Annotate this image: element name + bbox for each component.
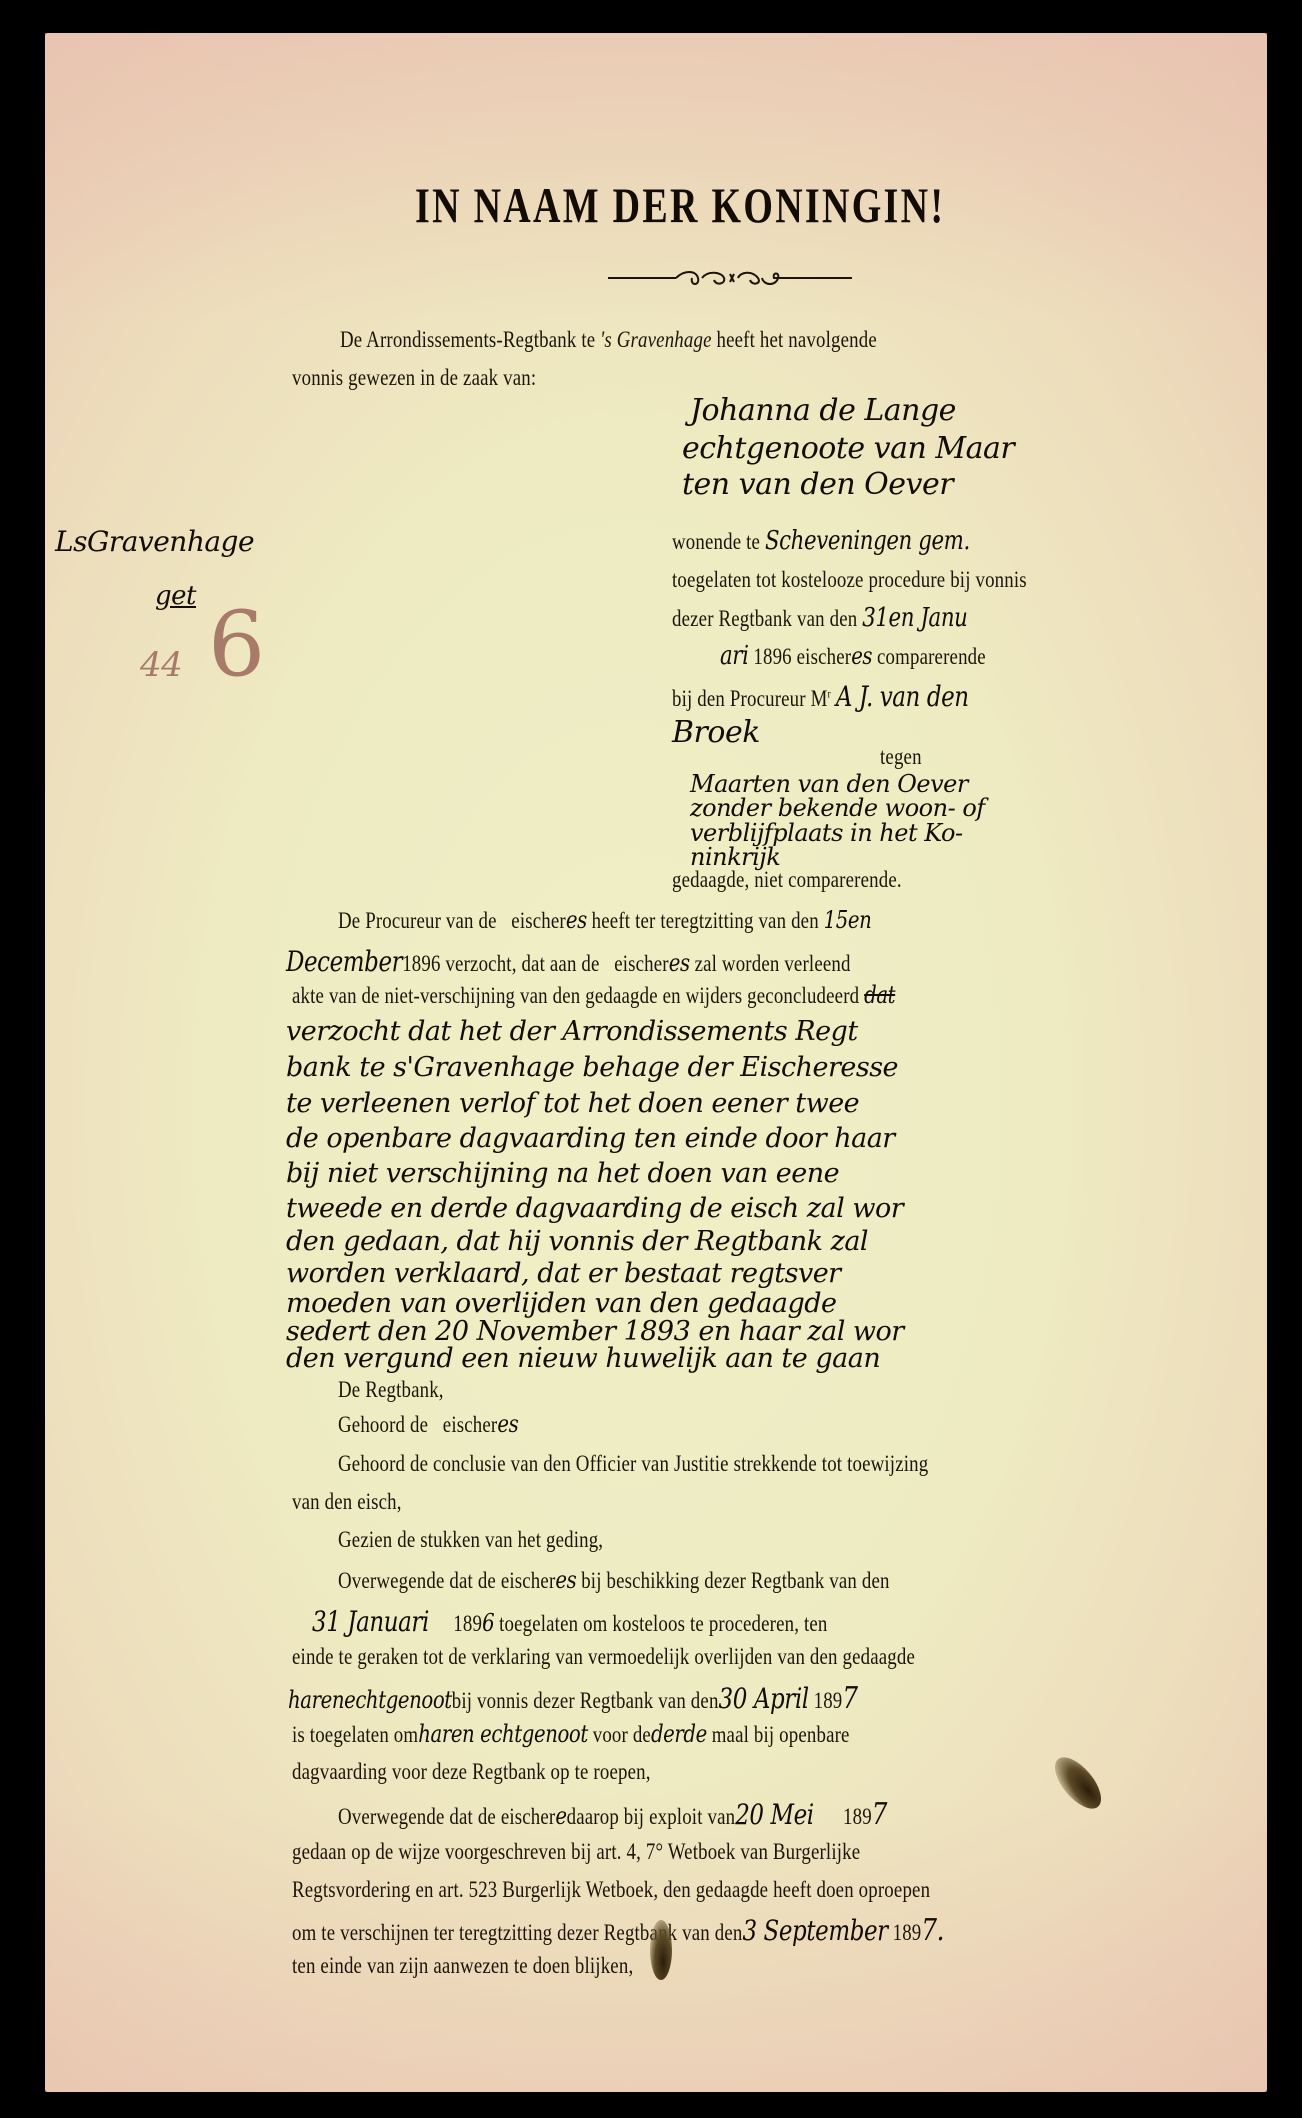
role-print: eischer — [511, 908, 566, 933]
consideration-1-line-3: einde te geraken tot de verklaring van v… — [292, 1645, 915, 1668]
role-hand: es — [497, 1410, 518, 1438]
defendant-hand: verblijfplaats in het Ko- — [690, 821, 963, 845]
court-date-hand: 31en Janu — [862, 603, 967, 633]
court-heading: De Regtbank, — [338, 1378, 444, 1401]
year-print: 189 — [843, 1804, 872, 1829]
request-month-hand: December — [286, 945, 402, 978]
request-text: verzocht, dat aan de — [445, 951, 599, 976]
request-text: De Procureur van de — [338, 908, 497, 933]
heard-conclusion-line: Gehoord de conclusie van den Officier va… — [338, 1452, 928, 1475]
residence-line: wonende te Scheveningen gem. — [672, 528, 970, 554]
date-hand: 30 April — [719, 1682, 809, 1715]
seen-line: Gezien de stukken van het geding, — [338, 1528, 603, 1551]
court-city: 's Gravenhage — [600, 327, 711, 352]
defendant-hand: zonder bekende woon- of — [690, 796, 985, 820]
heard-plaintiff-line: Gehoord de eischeres — [338, 1412, 518, 1436]
request-hand-line: tweede en derde dagvaarding de eisch zal… — [286, 1195, 903, 1222]
year-print: 189 — [814, 1688, 843, 1713]
year-hand: 6 — [482, 1609, 494, 1637]
intro-line-1: De Arrondissements-Regtbank te 's Graven… — [340, 328, 877, 351]
intro-text: De Arrondissements-Regtbank te — [340, 327, 595, 352]
consideration-1-line-1: Overwegende dat de eischeres bij beschik… — [338, 1568, 890, 1592]
spouse-hand: harenechtgenoot — [288, 1686, 452, 1714]
judgment-text: bij vonnis dezer Regtbank van den — [452, 1688, 719, 1713]
appearing-status: comparerende — [877, 644, 986, 669]
ordinal-hand: derde — [651, 1720, 707, 1748]
court-year-line: ari 1896 eischeres comparerende — [720, 643, 986, 669]
request-hand-line: moeden van overlijden van den gedaagde — [286, 1290, 837, 1317]
judgment-text: toegelaten om kosteloos te procederen, t… — [499, 1611, 827, 1636]
date-hand: 20 Mei — [735, 1798, 814, 1831]
request-hand-line: te verleenen verlof tot het doen eener t… — [286, 1090, 859, 1117]
consideration-1-line-5: is toegelaten omharen echtgenoot voor de… — [292, 1722, 850, 1746]
date-hand: 3 September — [742, 1914, 887, 1947]
request-hand-line: den vergund een nieuw huwelijk aan te ga… — [286, 1345, 880, 1372]
request-hand-line: bij niet verschijning na het doen van ee… — [286, 1160, 839, 1187]
procureur-label: bij den Procureur M — [672, 686, 828, 711]
request-year: 1896 — [402, 951, 440, 976]
against-label: tegen — [880, 745, 922, 768]
residence-label: wonende te — [672, 529, 760, 554]
intro-line-2: vonnis gewezen in de zaak van: — [292, 366, 536, 389]
judgment-text: bij beschikking dezer Regtbank van den — [581, 1568, 889, 1593]
judgment-text: is toegelaten om — [292, 1722, 418, 1747]
request-date-hand: 15en — [824, 906, 872, 934]
margin-note-get: get — [155, 583, 196, 609]
role-print: eischer — [501, 1568, 556, 1593]
consideration-1-line-4: harenechtgenootbij vonnis dezer Regtbank… — [288, 1684, 858, 1714]
court-year: 1896 — [753, 644, 791, 669]
defendant-hand: Maarten van den Oever — [690, 772, 968, 796]
request-hand-line: den gedaan, dat hij vonnis der Regtbank … — [286, 1228, 868, 1255]
judgment-text: daarop bij exploit van — [567, 1804, 736, 1829]
role-print: eischer — [443, 1412, 498, 1437]
consideration-1-line-2: 31 Januari 1896 toegelaten om kosteloos … — [312, 1608, 828, 1636]
role-hand: es — [566, 906, 587, 934]
procureur-line: bij den Procureur Mr A J. van den — [672, 683, 969, 711]
intro-text: heeft het navolgende — [716, 327, 876, 352]
consideration-2-line-3: Regtsvordering en art. 523 Burgerlijk We… — [292, 1878, 930, 1901]
margin-note-number: 44 — [140, 648, 182, 682]
ornament-flourish-icon — [606, 268, 854, 288]
defendant-hand: ninkrijk — [690, 845, 780, 869]
role-hand: es — [851, 642, 872, 670]
year-print: 189 — [893, 1920, 922, 1945]
ink-blot — [650, 1920, 672, 1980]
request-hand-line: worden verklaard, dat er bestaat regtsve… — [286, 1260, 841, 1287]
request-text: akte van de niet-verschijning van den ge… — [292, 983, 859, 1008]
request-hand-line: bank te s'Gravenhage behage der Eischere… — [286, 1054, 898, 1081]
request-text: heeft ter teregtzitting van den — [592, 908, 819, 933]
judgment-text: maal bij openbare — [712, 1722, 850, 1747]
margin-note-number: 6 — [208, 600, 265, 690]
procureur-sup: r — [828, 686, 831, 700]
request-text: zal worden verleend — [695, 951, 851, 976]
plaintiff-name-hand: echtgenoote van Maar — [682, 434, 1014, 464]
consideration-2-line-4: om te verschijnen ter teregtzitting deze… — [292, 1916, 944, 1946]
request-hand-line: sedert den 20 November 1893 en haar zal … — [286, 1318, 904, 1345]
date-hand: 31 Januari — [312, 1605, 429, 1638]
consideration-2-line-2: gedaan op de wijze voorgeschreven bij ar… — [292, 1840, 860, 1863]
request-line-2: December1896 verzocht, dat aan de eische… — [286, 948, 851, 976]
residence-hand: Scheveningen gem. — [765, 526, 970, 556]
request-hand-line: verzocht dat het der Arrondissements Reg… — [286, 1018, 858, 1045]
plaintiff-name-hand: Johanna de Lange — [690, 396, 956, 426]
heard-conclusion-line-2: van den eisch, — [292, 1490, 402, 1513]
court-date-label: dezer Regtbank van den — [672, 606, 857, 631]
year-print: 189 — [453, 1611, 482, 1636]
year-hand: 7 — [872, 1797, 887, 1832]
plaintiff-name-hand: ten van den Oever — [682, 470, 953, 500]
procureur-hand-2: Broek — [672, 718, 760, 748]
consideration-2-line-5: ten einde van zijn aanwezen te doen blij… — [292, 1954, 633, 1977]
role-hand: es — [669, 949, 690, 977]
spouse-hand: haren echtgenoot — [418, 1720, 588, 1748]
role-hand: e — [555, 1802, 566, 1830]
consideration-1-line-6: dagvaarding voor deze Regtbank op te roe… — [292, 1760, 651, 1783]
judgment-text: voor de — [593, 1722, 651, 1747]
request-line-1: De Procureur van de eischeres heeft ter … — [338, 908, 871, 932]
request-hand-line: de openbare dagvaarding ten einde door h… — [286, 1125, 895, 1152]
court-date-hand: ari — [720, 641, 748, 671]
request-line-3: akte van de niet-verschijning van den ge… — [292, 983, 895, 1007]
struck-word: dat — [864, 981, 895, 1009]
judgment-text: Overwegende dat de eischer — [338, 1804, 555, 1829]
consideration-2-line-1: Overwegende dat de eischeredaarop bij ex… — [338, 1800, 887, 1830]
defendant-status: gedaagde, niet comparerende. — [672, 868, 902, 891]
court-date-line: dezer Regtbank van den 31en Janu — [672, 605, 967, 631]
role-hand: es — [555, 1566, 576, 1594]
admitted-line: toegelaten tot kostelooze procedure bij … — [672, 568, 1027, 591]
margin-note-place: LsGravenhage — [55, 528, 254, 556]
page-title: IN NAAM DER KONINGIN! — [415, 176, 945, 234]
year-hand: 7 — [842, 1681, 857, 1716]
judgment-text: Overwegende dat de — [338, 1568, 496, 1593]
year-hand: 7. — [921, 1913, 944, 1948]
judgment-text: Gehoord de — [338, 1412, 428, 1437]
role-print: eischer — [797, 644, 852, 669]
role-print: eischer — [614, 951, 669, 976]
judgment-text: om te verschijnen ter teregtzitting deze… — [292, 1920, 742, 1945]
procureur-hand: A J. van den — [836, 680, 969, 713]
